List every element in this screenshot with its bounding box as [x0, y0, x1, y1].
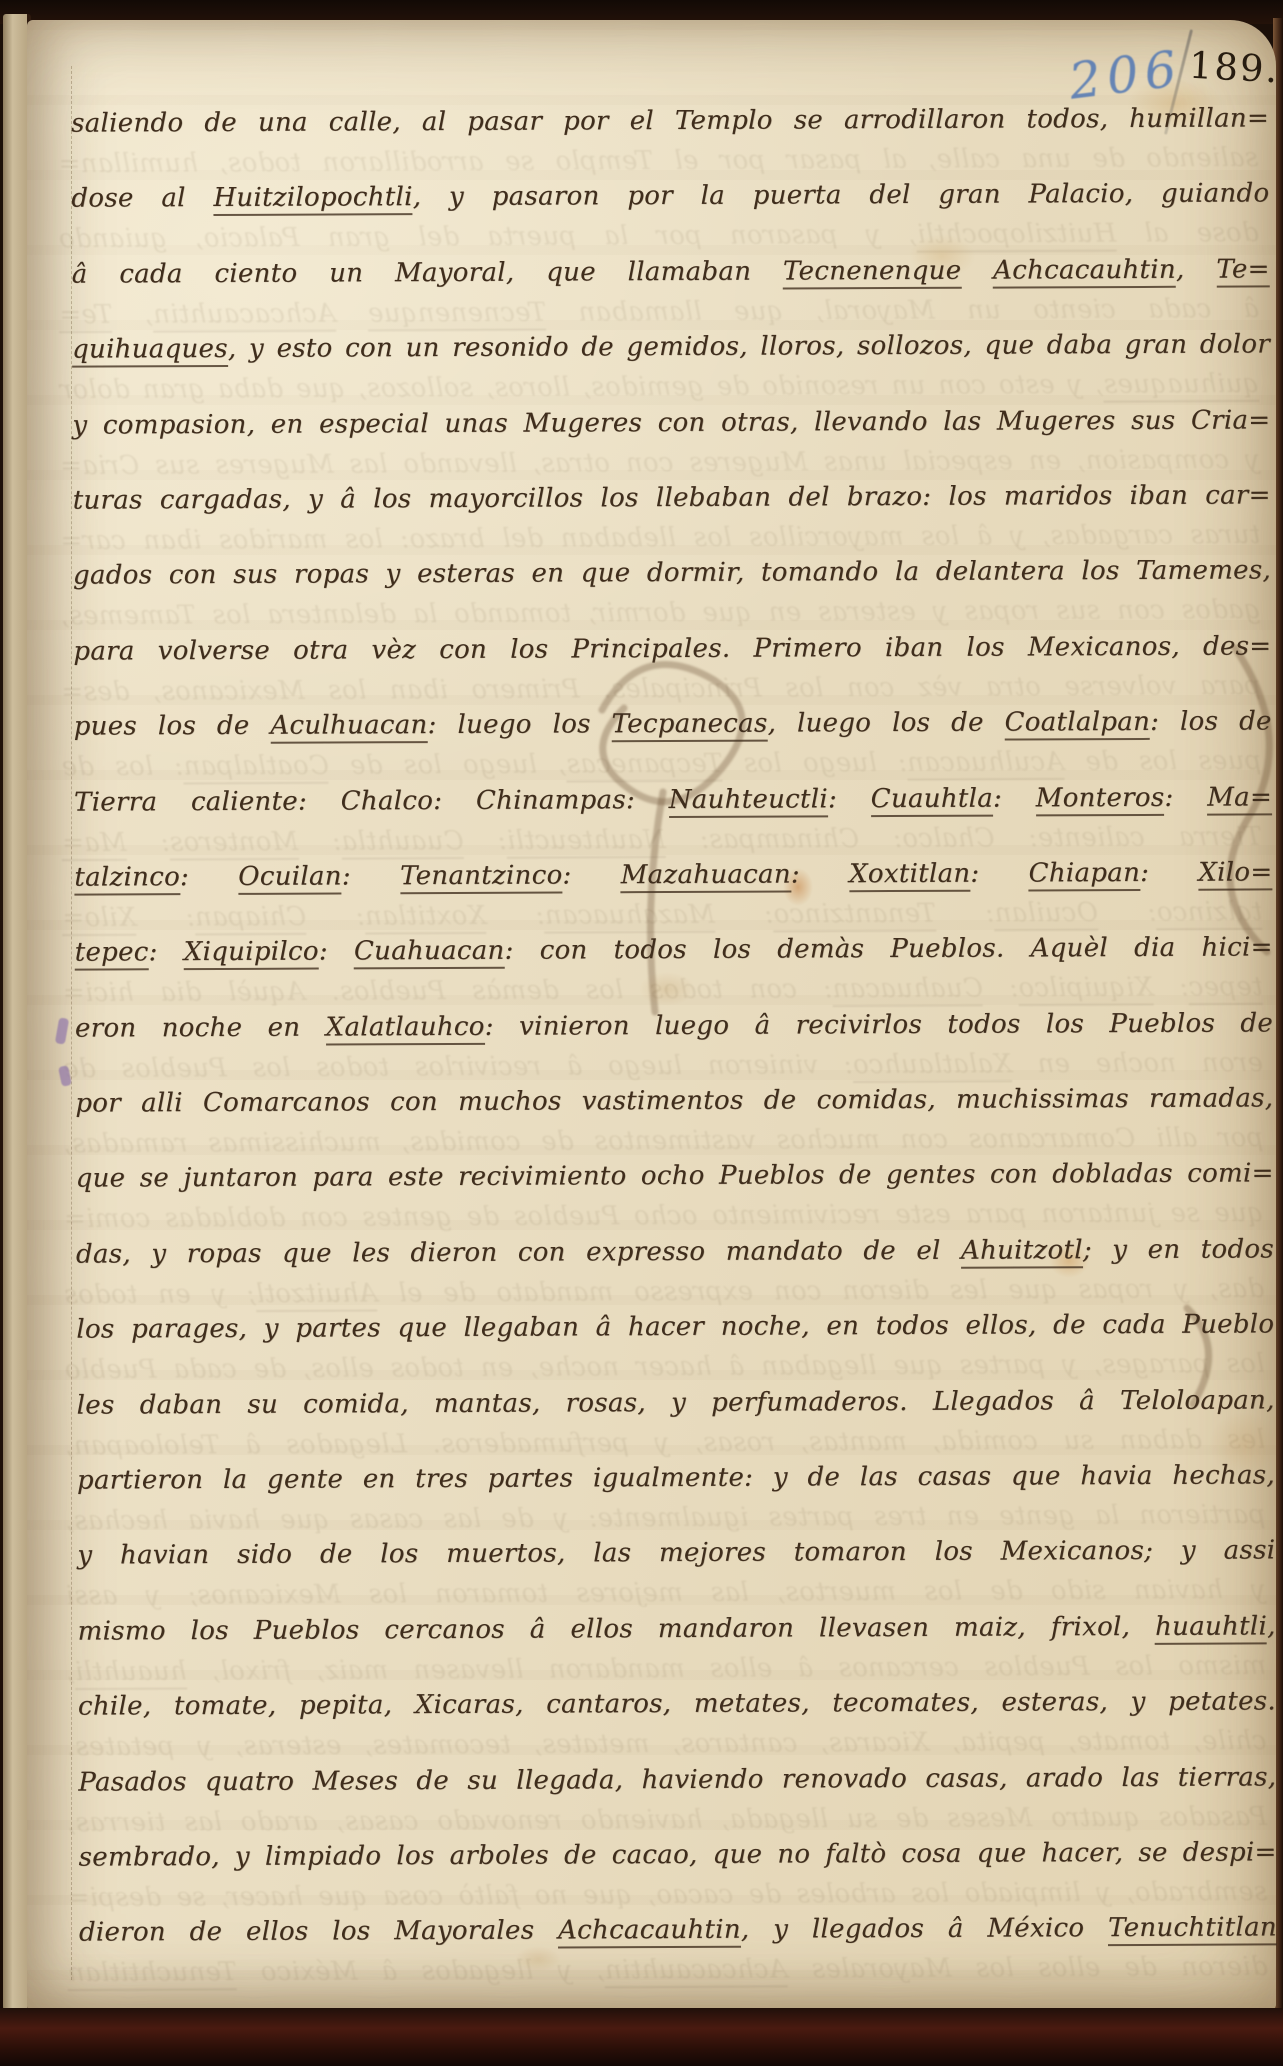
manuscript-line: los parages, y partes que llegaban â hac… — [76, 1288, 1274, 1369]
underlined-name: Chiapan — [1029, 858, 1141, 891]
line-text: : — [319, 937, 354, 967]
underlined-name: Xoxtitlan — [849, 859, 970, 893]
underlined-name: Tenantzinco — [400, 860, 563, 894]
manuscript-line: para volverse otra vèz con los Principal… — [73, 609, 1271, 690]
manuscript-line: saliendo de una calle, al pasar por el T… — [71, 81, 1269, 162]
manuscript-line: mismo los Pueblos cercanos â ellos manda… — [77, 1589, 1275, 1670]
line-text: das, y ropas que les dieron con expresso… — [76, 1236, 961, 1270]
line-text: : — [791, 859, 849, 889]
manuscript-line: pues los de Aculhuacan: luego los Tecpan… — [74, 685, 1272, 766]
underlined-name: quihuaques — [72, 334, 228, 368]
line-text: : luego los — [428, 709, 612, 740]
line-text: : los de — [1150, 707, 1272, 738]
manuscript-line: chile, tomate, pepita, Xicaras, cantaros… — [78, 1665, 1276, 1746]
line-text: : — [562, 860, 620, 890]
underlined-name: Cuauhtla — [871, 783, 993, 817]
line-text: turas cargadas, y â los mayorcillos los … — [73, 480, 1271, 515]
line-text: los parages, y partes que llegaban â hac… — [76, 1310, 1274, 1345]
manuscript-line: por alli Comarcanos con muchos vastiment… — [75, 1061, 1273, 1142]
line-text: para volverse otra vèz con los Principal… — [73, 631, 1271, 666]
underlined-name: Xilo= — [1198, 857, 1272, 890]
line-text: partieron la gente en tres partes igualm… — [77, 1460, 1275, 1495]
line-text: y compasion, en especial unas Mugeres co… — [72, 405, 1270, 440]
underlined-name: Monteros — [1036, 782, 1165, 816]
manuscript-line: partieron la gente en tres partes igualm… — [77, 1438, 1275, 1519]
manuscript-line: les daban su comida, mantas, rosas, y pe… — [76, 1363, 1274, 1444]
line-text: chile, tomate, pepita, Xicaras, cantaros… — [78, 1687, 1276, 1722]
line-text: Pasados quatro Meses de su llegada, havi… — [78, 1762, 1276, 1797]
line-text: , — [1176, 254, 1216, 284]
underlined-name: Te= — [1216, 254, 1270, 287]
manuscript-line: eron noche en Xalatlauhco: vinieron lueg… — [75, 986, 1273, 1067]
underlined-name: Coatlalpan — [1005, 707, 1151, 741]
line-text: pues los de — [74, 711, 271, 742]
manuscript-line: que se juntaron para este recivimiento o… — [75, 1137, 1273, 1218]
manuscript-line: Pasados quatro Meses de su llegada, havi… — [78, 1740, 1276, 1821]
underlined-name: Tecpanecas — [612, 709, 768, 743]
underlined-name: Cuahuacan — [354, 936, 505, 970]
manuscript-text: saliendo de una calle, al pasar por el T… — [71, 81, 1277, 1971]
manuscript-line: Tierra caliente: Chalco: Chinampas: Nauh… — [74, 760, 1272, 841]
manuscript-line: sembrado, y limpiado los arboles de caca… — [78, 1815, 1276, 1896]
manuscript-line: talzinco: Ocuilan: Tenantzinco: Mazahuac… — [74, 835, 1272, 916]
manuscript-line: tepec: Xiquipilco: Cuahuacan: con todos … — [75, 911, 1273, 992]
underlined-name: Aculhuacan — [270, 710, 427, 744]
line-text: mismo los Pueblos cercanos â ellos manda… — [78, 1612, 1156, 1647]
line-text: â cada ciento un Mayoral, que llamaban — [72, 256, 783, 289]
line-text: , y pasaron por la puerta del gran Palac… — [413, 179, 1270, 213]
underlined-name: Achcacauhtin — [993, 255, 1176, 289]
line-text: dieron de ellos los Mayorales — [79, 1916, 558, 1948]
line-text — [961, 255, 993, 285]
line-text: : — [149, 937, 184, 967]
manuscript-line: quihuaques, y esto con un resonido de ge… — [72, 308, 1270, 389]
manuscript-line: gados con sus ropas y esteras en que dor… — [73, 534, 1271, 615]
underlined-name: talzinco — [74, 862, 180, 895]
line-text: : vinieron luego â recivirlos todos los … — [485, 1008, 1273, 1041]
underlined-name: Tecnenenque — [783, 256, 962, 290]
underlined-name: Xalatlauhco — [326, 1012, 485, 1046]
line-text: Tierra caliente: Chalco: Chinampas: — [74, 785, 669, 818]
line-text: : — [1140, 858, 1198, 888]
manuscript-line: y havian sido de los muertos, las mejore… — [77, 1514, 1275, 1595]
line-text: : con todos los demàs Pueblos. Aquèl dia… — [504, 933, 1272, 966]
manuscript-line: dieron de ellos los Mayorales Achcacauht… — [79, 1891, 1277, 1972]
manuscript-line: y compasion, en especial unas Mugeres co… — [72, 383, 1270, 464]
underlined-name: tepec — [75, 938, 149, 971]
line-text: : — [970, 858, 1028, 888]
underlined-name: Xiquipilco — [184, 937, 319, 971]
line-text: : — [180, 862, 238, 892]
underlined-name: Achcacauhtin — [558, 1915, 741, 1949]
manuscript-line: dose al Huitzilopochtli, y pasaron por l… — [71, 157, 1269, 238]
book-cover-bottom-edge — [0, 2008, 1283, 2066]
book-photo: saliendo de una calle, al pasar por el T… — [0, 0, 1283, 2066]
line-text: : — [993, 783, 1036, 813]
manuscript-line: turas cargadas, y â los mayorcillos los … — [73, 458, 1271, 539]
line-text: , y llegados â México — [741, 1913, 1108, 1945]
line-text: y havian sido de los muertos, las mejore… — [77, 1536, 1275, 1571]
line-text: , — [1267, 1611, 1276, 1641]
line-text: gados con sus ropas y esteras en que dor… — [73, 556, 1271, 591]
line-text: : — [1164, 782, 1207, 812]
line-text: sembrado, y limpiado los arboles de caca… — [79, 1837, 1277, 1872]
line-text: : — [828, 784, 871, 814]
manuscript-line: das, y ropas que les dieron con expresso… — [76, 1212, 1274, 1293]
line-text: , luego los de — [767, 708, 1004, 739]
line-text: dose al — [71, 183, 213, 214]
line-text: : — [342, 861, 400, 891]
line-text: saliendo de una calle, al pasar por el T… — [71, 103, 1269, 138]
line-text: eron noche en — [75, 1012, 326, 1043]
underlined-name: Nauhteuctli — [669, 784, 828, 818]
underlined-name: Ma= — [1207, 782, 1272, 815]
line-text: , y esto con un resonido de gemidos, llo… — [228, 330, 1270, 365]
underlined-name: huauhtli — [1155, 1611, 1267, 1644]
line-text: ; y en todos — [1083, 1234, 1274, 1265]
manuscript-page: saliendo de una calle, al pasar por el T… — [27, 20, 1276, 2012]
line-text: por alli Comarcanos con muchos vastiment… — [75, 1083, 1273, 1118]
line-text: que se juntaron para este recivimiento o… — [76, 1159, 1274, 1194]
underlined-name: Mazahuacan — [621, 859, 791, 893]
underlined-name: Tenuchtitlan — [1108, 1913, 1277, 1947]
underlined-name: Ocuilan — [238, 861, 342, 894]
underlined-name: Ahuitzotl — [961, 1235, 1083, 1269]
underlined-name: Huitzilopochtli — [213, 183, 413, 217]
manuscript-line: â cada ciento un Mayoral, que llamaban T… — [72, 232, 1270, 313]
line-text: les daban su comida, mantas, rosas, y pe… — [77, 1385, 1275, 1420]
